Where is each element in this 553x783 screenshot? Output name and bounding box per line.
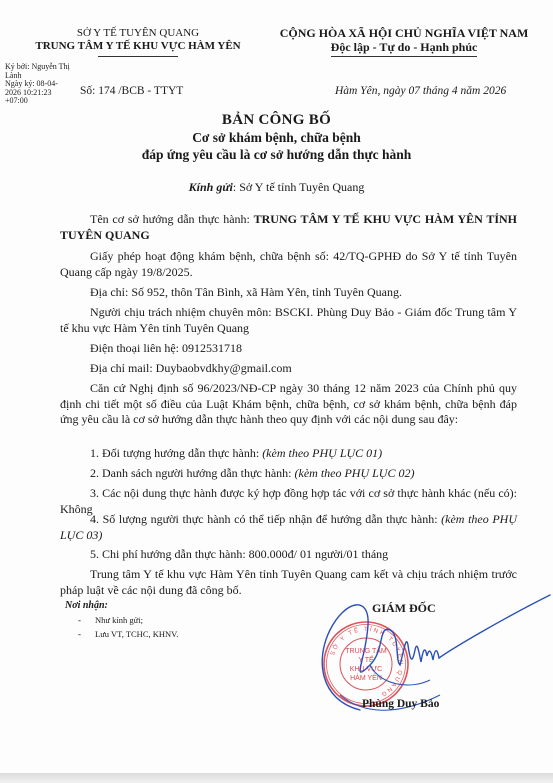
recipient-label: Kính gửi (189, 180, 233, 194)
legal-basis-paragraph: Căn cứ Nghị định số 96/2023/NĐ-CP ngày 3… (60, 381, 517, 428)
document-subtitle-2: đáp ứng yêu cầu là cơ sở hướng dẫn thực … (0, 146, 553, 163)
item-5-text: 5. Chi phí hướng dẫn thực hành: 800.000đ… (90, 547, 388, 561)
page-edge-shadow (0, 773, 553, 783)
phone-paragraph: Điện thoại liên hệ: 0912531718 (60, 341, 517, 357)
motto: Độc lập - Tự do - Hạnh phúc (258, 40, 550, 55)
facility-label: Tên cơ sở hướng dẫn thực hành: (90, 212, 254, 226)
facility-paragraph: Tên cơ sở hướng dẫn thực hành: TRUNG TÂM… (60, 212, 517, 243)
recipient-item-1: Như kính gửi; (95, 615, 143, 625)
email-paragraph: Địa chỉ mail: Duybaobvdkhy@gmail.com (60, 361, 517, 377)
signer-name: Phùng Duy Bảo (362, 698, 439, 710)
item-2-note: (kèm theo PHỤ LỤC 02) (295, 466, 415, 480)
license-paragraph: Giấy phép hoạt động khám bệnh, chữa bệnh… (60, 249, 517, 280)
recipients-label: Nơi nhận: (65, 600, 108, 611)
item-4: 4. Số lượng người thực hành có thể tiếp … (60, 512, 517, 543)
item-4-text: 4. Số lượng người thực hành có thể tiếp … (90, 512, 441, 526)
header-underline (98, 56, 178, 57)
item-2-text: 2. Danh sách người hướng dẫn thực hành: (90, 466, 295, 480)
item-1-note: (kèm theo PHỤ LỤC 01) (262, 446, 382, 460)
recipient-line: Kính gửi: Sở Y tế tỉnh Tuyên Quang (0, 180, 553, 195)
digital-signature-info: Ký bởi: Nguyễn Thị Lành Ngày ký: 08-04- … (5, 63, 70, 106)
place-date: Hàm Yên, ngày 07 tháng 4 năm 2026 (335, 85, 506, 97)
bullet-dash: - (78, 615, 81, 625)
signed-timezone: +07:00 (5, 97, 70, 106)
agency-name: TRUNG TÂM Y TẾ KHU VỰC HÀM YÊN (20, 40, 256, 53)
responsible-paragraph: Người chịu trách nhiệm chuyên môn: BSCKI… (60, 305, 517, 336)
bullet-dash: - (78, 629, 81, 639)
nation-title: CỘNG HÒA XÃ HỘI CHỦ NGHĨA VIỆT NAM (258, 26, 550, 40)
recipient-item-2: Lưu VT, TCHC, KHNV. (95, 629, 178, 639)
parent-agency: SỞ Y TẾ TUYÊN QUANG (20, 27, 256, 40)
document-number: Số: 174 /BCB - TTYT (80, 85, 183, 97)
national-header-block: CỘNG HÒA XÃ HỘI CHỦ NGHĨA VIỆT NAM Độc l… (258, 26, 550, 57)
item-1-text: 1. Đối tượng hướng dẫn thực hành: (90, 446, 262, 460)
item-1: 1. Đối tượng hướng dẫn thực hành: (kèm t… (60, 446, 517, 462)
issuing-agency-block: SỞ Y TẾ TUYÊN QUANG TRUNG TÂM Y TẾ KHU V… (20, 27, 256, 57)
motto-underline (331, 56, 477, 57)
recipient-value: : Sở Y tế tỉnh Tuyên Quang (233, 180, 364, 194)
title-block: BẢN CÔNG BỐ Cơ sở khám bệnh, chữa bệnh đ… (0, 111, 553, 163)
document-page: SỞ Y TẾ TUYÊN QUANG TRUNG TÂM Y TẾ KHU V… (0, 0, 553, 773)
item-2: 2. Danh sách người hướng dẫn thực hành: … (60, 466, 517, 482)
item-5: 5. Chi phí hướng dẫn thực hành: 800.000đ… (60, 547, 517, 563)
document-title: BẢN CÔNG BỐ (0, 111, 553, 129)
address-paragraph: Địa chỉ: Số 952, thôn Tân Bình, xã Hàm Y… (60, 285, 517, 301)
document-subtitle-1: Cơ sở khám bệnh, chữa bệnh (0, 129, 553, 146)
